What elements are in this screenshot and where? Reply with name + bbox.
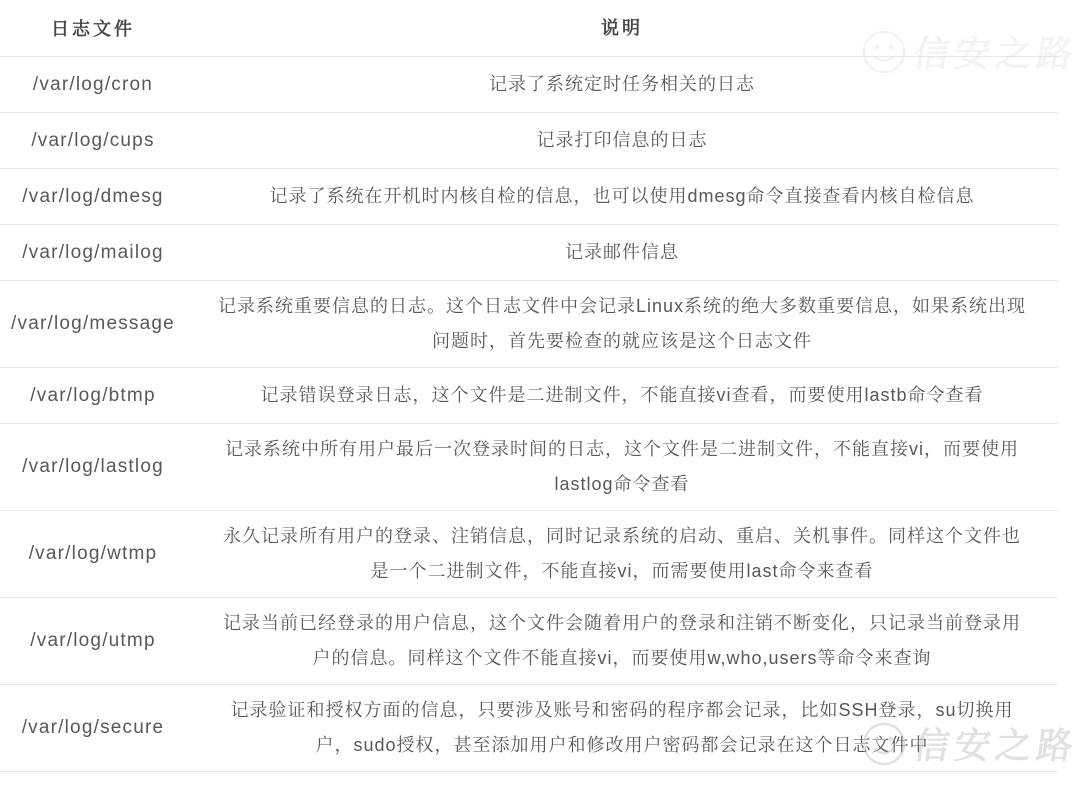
log-file-path: /var/log/dmesg [0,180,186,214]
log-file-description: 记录打印信息的日志 [186,115,1058,166]
table-row: /var/log/mailog记录邮件信息 [0,225,1058,281]
log-file-description: 记录错误登录日志，这个文件是二进制文件，不能直接vi查看，而要使用lastb命令… [186,370,1058,421]
log-file-description: 记录了系统定时任务相关的日志 [186,59,1058,110]
log-file-path: /var/log/cups [0,124,186,158]
table-row: /var/log/secure记录验证和授权方面的信息，只要涉及账号和密码的程序… [0,685,1058,772]
log-file-path: /var/log/secure [0,711,186,745]
log-file-path: /var/log/lastlog [0,450,186,484]
log-file-description: 记录当前已经登录的用户信息，这个文件会随着用户的登录和注销不断变化，只记录当前登… [186,598,1058,684]
log-file-path: /var/log/wtmp [0,537,186,571]
log-file-description: 记录了系统在开机时内核自检的信息，也可以使用dmesg命令直接查看内核自检信息 [186,171,1058,222]
log-file-description: 记录系统中所有用户最后一次登录时间的日志，这个文件是二进制文件，不能直接vi，而… [186,424,1058,510]
log-file-description: 记录验证和授权方面的信息，只要涉及账号和密码的程序都会记录，比如SSH登录，su… [186,685,1058,771]
column-header-description: 说明 [186,3,1058,54]
table-header-row: 日志文件 说明 [0,0,1058,57]
log-file-path: /var/log/mailog [0,236,186,270]
log-file-path: /var/log/message [0,307,186,341]
log-file-description: 永久记录所有用户的登录、注销信息，同时记录系统的启动、重启、关机事件。同样这个文… [186,511,1058,597]
log-file-description: 记录系统重要信息的日志。这个日志文件中会记录Linux系统的绝大多数重要信息，如… [186,281,1058,367]
table-row: /var/log/cron记录了系统定时任务相关的日志 [0,57,1058,113]
table-row: /var/log/btmp记录错误登录日志，这个文件是二进制文件，不能直接vi查… [0,368,1058,424]
table-row: /var/log/cups记录打印信息的日志 [0,113,1058,169]
table-row: /var/log/utmp记录当前已经登录的用户信息，这个文件会随着用户的登录和… [0,598,1058,685]
table-row: /var/log/dmesg记录了系统在开机时内核自检的信息，也可以使用dmes… [0,169,1058,225]
table-row: /var/log/lastlog记录系统中所有用户最后一次登录时间的日志，这个文… [0,424,1058,511]
log-file-path: /var/log/cron [0,68,186,102]
table-row: /var/log/wtmp永久记录所有用户的登录、注销信息，同时记录系统的启动、… [0,511,1058,598]
table-row: /var/log/message记录系统重要信息的日志。这个日志文件中会记录Li… [0,281,1058,368]
log-file-path: /var/log/btmp [0,379,186,413]
log-files-reference-page: 日志文件 说明 /var/log/cron记录了系统定时任务相关的日志/var/… [0,0,1080,798]
log-files-table: 日志文件 说明 /var/log/cron记录了系统定时任务相关的日志/var/… [0,0,1058,772]
table-body: /var/log/cron记录了系统定时任务相关的日志/var/log/cups… [0,57,1058,772]
log-file-path: /var/log/utmp [0,624,186,658]
column-header-logfile: 日志文件 [0,9,186,47]
log-file-description: 记录邮件信息 [186,227,1058,278]
